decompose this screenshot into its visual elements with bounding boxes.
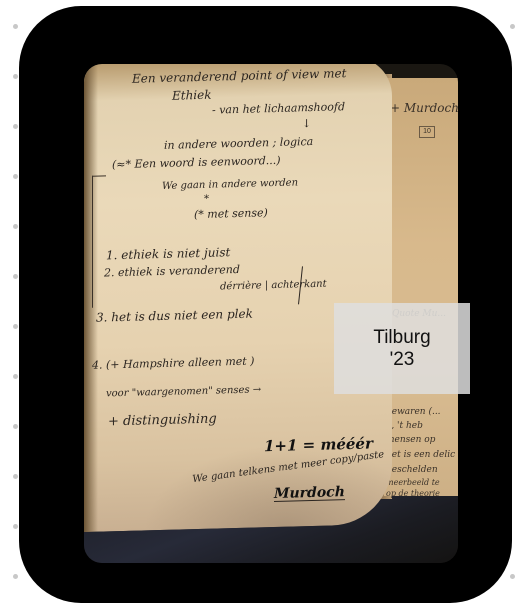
- handwritten-line: - van het lichaamshoofd: [212, 101, 345, 115]
- guide-dot: [13, 174, 18, 179]
- page-number-box: 10: [419, 126, 435, 138]
- handwritten-line: 2. ethiek is veranderend: [104, 264, 240, 279]
- handwritten-line: op de theorie: [386, 490, 440, 498]
- handwritten-line: het is een delic: [386, 451, 455, 460]
- handwritten-line: + distinguishing: [108, 413, 217, 429]
- handwritten-line: meerbeeld te: [386, 479, 440, 487]
- handwritten-line: *: [204, 195, 209, 205]
- handwritten-line: + Murdoch: [390, 102, 458, 114]
- handwritten-line: dérrière | achterkant: [220, 280, 327, 293]
- guide-dot: [13, 374, 18, 379]
- handwritten-line: 1. ethiek is niet juist: [106, 246, 230, 261]
- handwritten-line: We gaan telkens met meer copy/paste: [192, 450, 385, 485]
- handwritten-line: We gaan in andere worden: [162, 178, 298, 192]
- handwritten-line: bewaren (...: [386, 408, 441, 417]
- right-page: + Murdoch 10 Quote Mu... bewaren (... e,…: [384, 78, 458, 496]
- location-label: Tilburg '23: [334, 303, 470, 394]
- guide-dot: [13, 524, 18, 529]
- guide-dot: [13, 224, 18, 229]
- guide-dot: [13, 24, 18, 29]
- guide-dot: [13, 424, 18, 429]
- handwritten-line: (≈* Een woord is eenwoord...): [112, 155, 281, 170]
- page-edge-shadow: [84, 64, 98, 532]
- handwritten-line: 4. (+ Hampshire alleen met ): [92, 356, 254, 371]
- handwritten-line: ↓: [302, 118, 311, 129]
- guide-dot: [510, 574, 515, 579]
- handwritten-line: Ethiek: [172, 89, 212, 102]
- guide-dot: [13, 74, 18, 79]
- handwritten-line: geschelden: [386, 466, 438, 475]
- location-label-city: Tilburg: [373, 327, 430, 349]
- margin-bracket: [92, 176, 93, 308]
- handwritten-line: mensen op: [386, 436, 435, 445]
- guide-dot: [13, 324, 18, 329]
- guide-dot: [13, 574, 18, 579]
- signature-murdoch: Murdoch: [274, 485, 345, 502]
- guide-dot: [13, 274, 18, 279]
- margin-bracket-top: [92, 175, 106, 176]
- guide-dot: [510, 24, 515, 29]
- handwritten-line: 3. het is dus niet een plek: [96, 308, 253, 324]
- handwritten-line: (* met sense): [194, 207, 268, 220]
- guide-dot: [13, 124, 18, 129]
- left-page: Een veranderend point of view met Ethiek…: [84, 64, 392, 532]
- handwritten-line: voor "waargenomen" senses →: [106, 385, 261, 399]
- handwritten-line: in andere woorden ; logica: [164, 136, 313, 151]
- location-label-year: '23: [390, 349, 415, 371]
- handwritten-line: Een veranderend point of view met: [132, 67, 346, 85]
- guide-dot: [13, 474, 18, 479]
